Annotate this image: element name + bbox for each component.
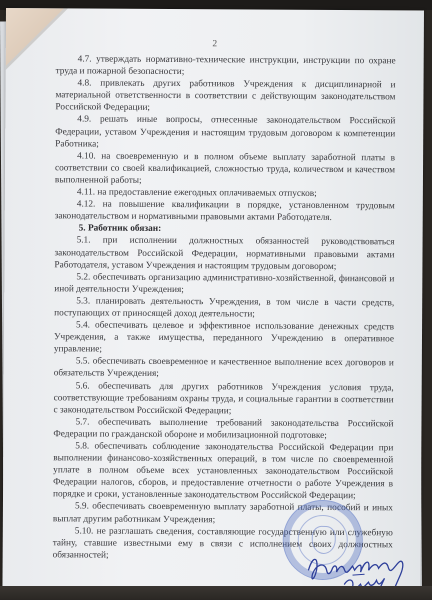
clause-5-6: 5.6. обеспечивать для других работников … xyxy=(54,380,394,418)
clause-4-9: 4.9. решать иные вопросы, отнесенные зак… xyxy=(55,114,395,152)
clause-5-8: 5.8. обеспечивать соблюдение законодател… xyxy=(53,440,393,503)
clause-5-4: 5.4. обеспечивать целевое и эффективное … xyxy=(54,319,394,357)
document-page: 2 4.7. утверждать нормативно-технические… xyxy=(2,8,424,591)
clause-5-7: 5.7. обеспечивать выполнение требований … xyxy=(53,416,393,442)
document-body: 4.7. утверждать нормативно-технические и… xyxy=(53,53,396,563)
clause-4-12: 4.12. на повышение квалификации в порядк… xyxy=(55,198,395,224)
clause-5-5: 5.5. обеспечивать своевременное и качест… xyxy=(54,356,394,382)
page-number: 2 xyxy=(6,38,424,51)
background-bottom xyxy=(0,586,432,600)
clause-4-8: 4.8. привлекать других работников Учрежд… xyxy=(55,77,395,115)
clause-5-1: 5.1. при исполнении должностных обязанно… xyxy=(54,235,394,273)
clause-5-3: 5.3. планировать деятельность Учреждения… xyxy=(54,295,394,321)
clause-4-7: 4.7. утверждать нормативно-технические и… xyxy=(56,53,396,79)
clause-4-10: 4.10. на своевременную и в полном объеме… xyxy=(55,150,395,188)
clause-5-2: 5.2. обеспечивать организацию администра… xyxy=(54,271,394,297)
